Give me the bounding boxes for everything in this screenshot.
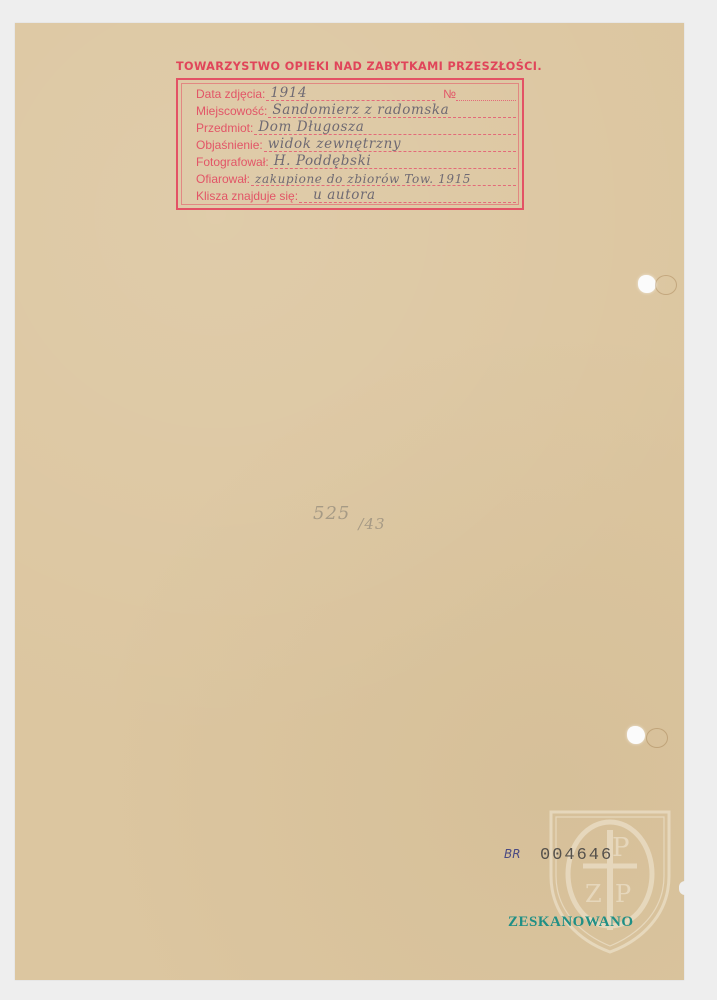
field-label: Data zdjęcia: bbox=[196, 87, 265, 101]
handwritten-value: widok zewnętrzny bbox=[268, 136, 401, 152]
field-donor: Ofiarował: zakupione do zbiorów Tow. 191… bbox=[196, 170, 516, 186]
pencil-main: 525 bbox=[313, 503, 350, 524]
field-label: Fotografował: bbox=[196, 155, 269, 169]
punch-hole-bottom bbox=[627, 726, 645, 744]
inventory-number: 004646 bbox=[540, 846, 613, 865]
field-label: Objaśnienie: bbox=[196, 138, 263, 152]
field-date: Data zdjęcia: 1914 № bbox=[196, 85, 516, 101]
handwritten-value: Dom Długosza bbox=[258, 119, 364, 135]
field-label: Przedmiot: bbox=[196, 121, 253, 135]
field-subject: Przedmiot: Dom Długosza bbox=[196, 119, 516, 135]
scanned-stamp: ZESKANOWANO bbox=[508, 914, 634, 931]
number-field bbox=[456, 88, 516, 101]
punch-hole-top bbox=[638, 275, 656, 293]
svg-text:P: P bbox=[612, 833, 630, 863]
handwritten-value: u autora bbox=[313, 187, 376, 203]
edge-notch bbox=[679, 881, 685, 895]
field-label: Ofiarował: bbox=[196, 172, 250, 186]
svg-text:P: P bbox=[615, 880, 631, 908]
svg-text:Z: Z bbox=[585, 880, 602, 908]
number-label: № bbox=[443, 87, 456, 101]
handwritten-value: 1914 bbox=[270, 85, 307, 101]
handwritten-value: zakupione do zbiorów Tow. 1915 bbox=[255, 172, 471, 186]
field-label: Klisza znajduje się: bbox=[196, 189, 298, 203]
punch-hole-stain bbox=[655, 275, 677, 295]
handwritten-value: H. Poddębski bbox=[274, 153, 372, 169]
inventory-prefix: BR bbox=[504, 847, 521, 861]
field-photographer: Fotografował: H. Poddębski bbox=[196, 153, 516, 169]
field-explanation: Objaśnienie: widok zewnętrzny bbox=[196, 136, 516, 152]
pzp-shield-watermark-icon: P Z P bbox=[545, 806, 675, 956]
pencil-sub: /43 bbox=[358, 515, 385, 533]
stamp-title: TOWARZYSTWO OPIEKI NAD ZABYTKAMI PRZESZŁ… bbox=[176, 60, 536, 73]
handwritten-value: Sandomierz z radomska bbox=[272, 102, 449, 118]
pencil-annotation: 525/43 bbox=[313, 503, 386, 524]
field-label: Miejscowość: bbox=[196, 104, 267, 118]
stamp-form: Data zdjęcia: 1914 № Miejscowość: Sandom… bbox=[176, 78, 524, 210]
field-negative-location: Klisza znajduje się: u autora bbox=[196, 187, 516, 203]
punch-hole-stain bbox=[646, 728, 668, 748]
field-place: Miejscowość: Sandomierz z radomska bbox=[196, 102, 516, 118]
